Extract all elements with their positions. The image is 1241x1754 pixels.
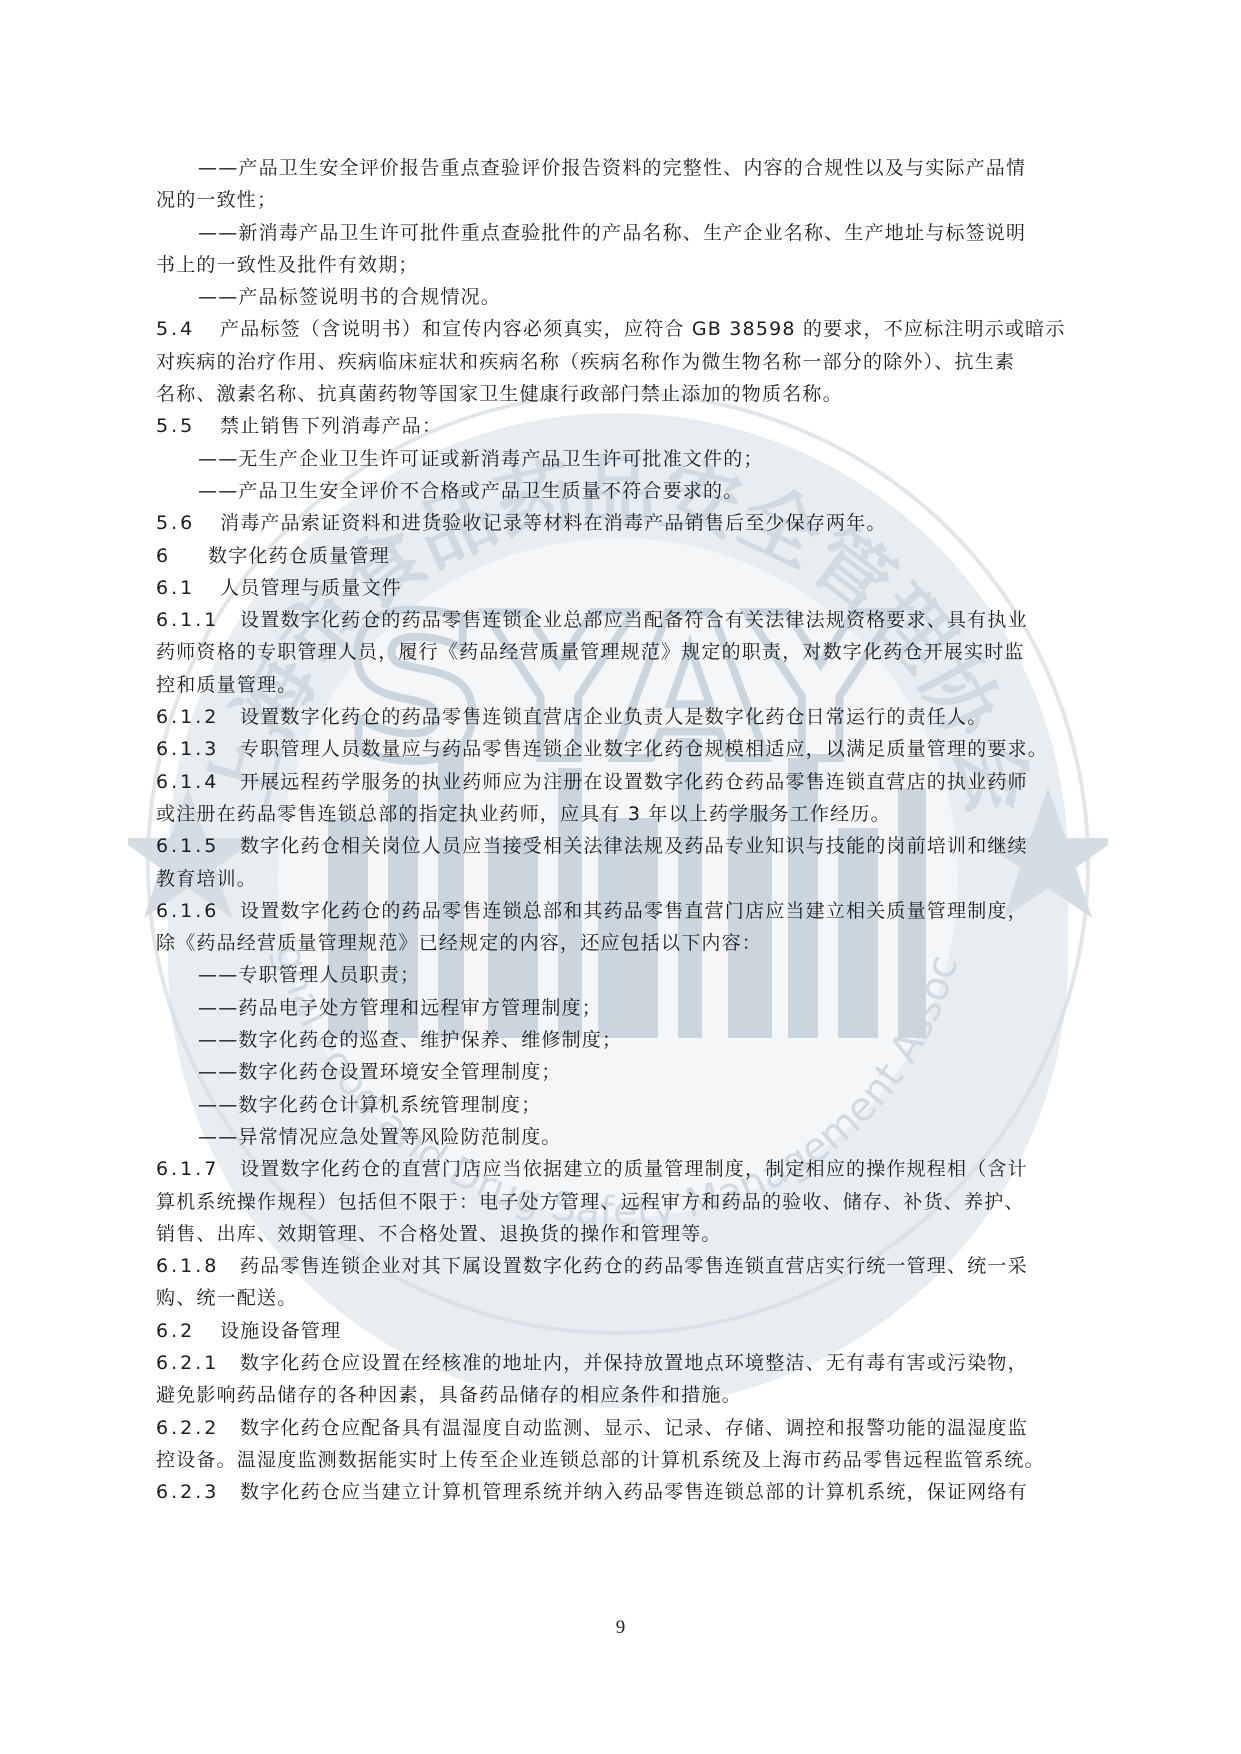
clause-6-2-2: 6.2.2数字化药仓应配备具有温湿度自动监测、显示、记录、存储、调控和报警功能的… bbox=[156, 1412, 1096, 1444]
clause-number: 6.1.4 bbox=[156, 766, 240, 798]
clause-5-4: 5.4产品标签（含说明书）和宣传内容必须真实，应符合 GB 38598 的要求，… bbox=[156, 313, 1096, 345]
section-number: 6 bbox=[156, 540, 208, 572]
subsection-heading-6-1: 6.1人员管理与质量文件 bbox=[156, 572, 1096, 604]
text-line: 书上的一致性及批件有效期； bbox=[156, 249, 1096, 281]
clause-6-1-8: 6.1.8药品零售连锁企业对其下属设置数字化药仓的药品零售连锁直营店实行统一管理… bbox=[156, 1250, 1096, 1282]
text-line: ——新消毒产品卫生许可批件重点查验批件的产品名称、生产企业名称、生产地址与标签说… bbox=[156, 217, 1096, 249]
text-line: 对疾病的治疗作用、疾病临床症状和疾病名称（疾病名称作为微生物名称一部分的除外）、… bbox=[156, 346, 1096, 378]
clause-6-1-1: 6.1.1设置数字化药仓的药品零售连锁企业总部应当配备符合有关法律法规资格要求、… bbox=[156, 604, 1096, 636]
clause-number: 6.2.1 bbox=[156, 1347, 240, 1379]
clause-6-2-1: 6.2.1数字化药仓应设置在经核准的地址内，并保持放置地点环境整洁、无有毒有害或… bbox=[156, 1347, 1096, 1379]
clause-number: 5.5 bbox=[156, 410, 220, 442]
list-item: ——异常情况应急处置等风险防范制度。 bbox=[156, 1121, 1096, 1153]
clause-number: 6.1.8 bbox=[156, 1250, 240, 1282]
text-line: ——产品卫生安全评价报告重点查验评价报告资料的完整性、内容的合规性以及与实际产品… bbox=[156, 152, 1096, 184]
clause-number: 6.1.2 bbox=[156, 701, 240, 733]
clause-6-1-3: 6.1.3专职管理人员数量应与药品零售连锁企业数字化药仓规模相适应，以满足质量管… bbox=[156, 733, 1096, 765]
section-heading-6: 6数字化药仓质量管理 bbox=[156, 540, 1096, 572]
clause-number: 5.4 bbox=[156, 313, 220, 345]
clause-6-1-7: 6.1.7设置数字化药仓的直营门店应当依据建立的质量管理制度，制定相应的操作规程… bbox=[156, 1153, 1096, 1185]
text-line: 教育培训。 bbox=[156, 863, 1096, 895]
list-item: ——专职管理人员职责； bbox=[156, 959, 1096, 991]
clause-number: 6.1.1 bbox=[156, 604, 240, 636]
section-number: 6.2 bbox=[156, 1315, 220, 1347]
clause-6-1-4: 6.1.4开展远程药学服务的执业药师应为注册在设置数字化药仓药品零售连锁直营店的… bbox=[156, 766, 1096, 798]
clause-6-1-2: 6.1.2设置数字化药仓的药品零售连锁直营店企业负责人是数字化药仓日常运行的责任… bbox=[156, 701, 1096, 733]
page-number: 9 bbox=[0, 1617, 1241, 1639]
subsection-heading-6-2: 6.2设施设备管理 bbox=[156, 1315, 1096, 1347]
clause-number: 6.1.3 bbox=[156, 733, 240, 765]
text-line: 名称、激素名称、抗真菌药物等国家卫生健康行政部门禁止添加的物质名称。 bbox=[156, 378, 1096, 410]
list-item: ——数字化药仓设置环境安全管理制度； bbox=[156, 1056, 1096, 1088]
clause-number: 6.1.7 bbox=[156, 1153, 240, 1185]
text-line: 药师资格的专职管理人员，履行《药品经营质量管理规范》规定的职责，对数字化药仓开展… bbox=[156, 636, 1096, 668]
clause-number: 6.2.3 bbox=[156, 1476, 240, 1508]
text-line: 况的一致性； bbox=[156, 184, 1096, 216]
text-line: 销售、出库、效期管理、不合格处置、退换货的操作和管理等。 bbox=[156, 1218, 1096, 1250]
text-line: 购、统一配送。 bbox=[156, 1282, 1096, 1314]
clause-number: 6.2.2 bbox=[156, 1412, 240, 1444]
document-page: 上海市食品药品安全管理协会 Shanghai Food and Drug Saf… bbox=[0, 0, 1241, 1754]
list-item: ——产品卫生安全评价不合格或产品卫生质量不符合要求的。 bbox=[156, 475, 1096, 507]
clause-5-6: 5.6消毒产品索证资料和进货验收记录等材料在消毒产品销售后至少保存两年。 bbox=[156, 507, 1096, 539]
section-number: 6.1 bbox=[156, 572, 220, 604]
text-line: 或注册在药品零售连锁总部的指定执业药师，应具有 3 年以上药学服务工作经历。 bbox=[156, 798, 1096, 830]
text-line: 控和质量管理。 bbox=[156, 669, 1096, 701]
list-item: ——药品电子处方管理和远程审方管理制度； bbox=[156, 992, 1096, 1024]
clause-6-2-3: 6.2.3数字化药仓应当建立计算机管理系统并纳入药品零售连锁总部的计算机系统，保… bbox=[156, 1476, 1096, 1508]
clause-number: 5.6 bbox=[156, 507, 220, 539]
text-line: 除《药品经营质量管理规范》已经规定的内容，还应包括以下内容： bbox=[156, 927, 1096, 959]
text-line: ——产品标签说明书的合规情况。 bbox=[156, 281, 1096, 313]
clause-6-1-6: 6.1.6设置数字化药仓的药品零售连锁总部和其药品零售直营门店应当建立相关质量管… bbox=[156, 895, 1096, 927]
text-line: 算机系统操作规程）包括但不限于：电子处方管理、远程审方和药品的验收、储存、补货、… bbox=[156, 1186, 1096, 1218]
list-item: ——数字化药仓计算机系统管理制度； bbox=[156, 1089, 1096, 1121]
clause-5-5: 5.5禁止销售下列消毒产品： bbox=[156, 410, 1096, 442]
text-line: 控设备。温湿度监测数据能实时上传至企业连锁总部的计算机系统及上海市药品零售远程监… bbox=[156, 1444, 1096, 1476]
text-line: 避免影响药品储存的各种因素，具备药品储存的相应条件和措施。 bbox=[156, 1379, 1096, 1411]
document-body: ——产品卫生安全评价报告重点查验评价报告资料的完整性、内容的合规性以及与实际产品… bbox=[156, 152, 1096, 1508]
clause-number: 6.1.5 bbox=[156, 830, 240, 862]
list-item: ——无生产企业卫生许可证或新消毒产品卫生许可批准文件的； bbox=[156, 443, 1096, 475]
clause-6-1-5: 6.1.5数字化药仓相关岗位人员应当接受相关法律法规及药品专业知识与技能的岗前培… bbox=[156, 830, 1096, 862]
clause-number: 6.1.6 bbox=[156, 895, 240, 927]
list-item: ——数字化药仓的巡查、维护保养、维修制度； bbox=[156, 1024, 1096, 1056]
